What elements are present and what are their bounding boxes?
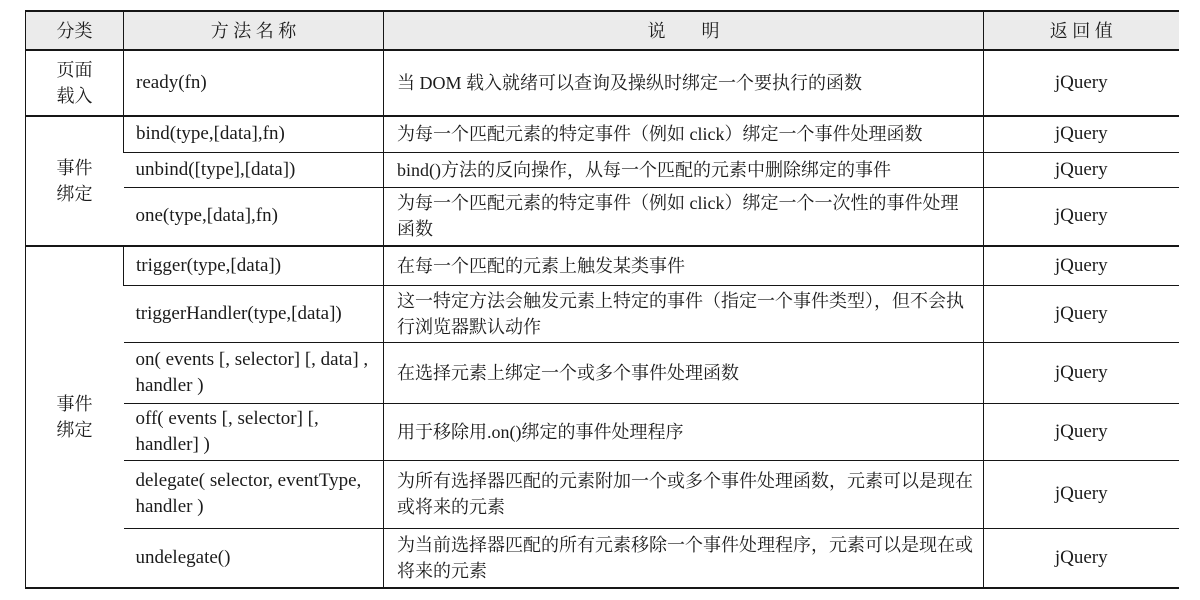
method-cell: one(type,[data],fn)	[124, 187, 384, 246]
method-cell: delegate( selector, eventType, handler )	[124, 460, 384, 528]
table-row: unbind([type],[data]) bind()方法的反向操作，从每一个…	[26, 152, 1179, 187]
table-row: one(type,[data],fn) 为每一个匹配元素的特定事件（例如 cli…	[26, 187, 1179, 246]
header-category: 分类	[26, 11, 124, 50]
category-cell: 页面 载入	[26, 50, 124, 116]
table-row: on( events [, selector] [, data] , handl…	[26, 342, 1179, 403]
description-cell: 用于移除用.on()绑定的事件处理程序	[384, 403, 984, 460]
description-cell: 在每一个匹配的元素上触发某类事件	[384, 246, 984, 285]
table-row: 页面 载入 ready(fn) 当 DOM 载入就绪可以查询及操纵时绑定一个要执…	[26, 50, 1179, 116]
method-cell: triggerHandler(type,[data])	[124, 285, 384, 342]
method-cell: bind(type,[data],fn)	[124, 116, 384, 152]
table-row: 事件 绑定 bind(type,[data],fn) 为每一个匹配元素的特定事件…	[26, 116, 1179, 152]
description-cell: bind()方法的反向操作，从每一个匹配的元素中删除绑定的事件	[384, 152, 984, 187]
description-cell: 为所有选择器匹配的元素附加一个或多个事件处理函数，元素可以是现在或将来的元素	[384, 460, 984, 528]
description-cell: 为每一个匹配元素的特定事件（例如 click）绑定一个事件处理函数	[384, 116, 984, 152]
method-cell: trigger(type,[data])	[124, 246, 384, 285]
returns-cell: jQuery	[984, 187, 1179, 246]
returns-cell: jQuery	[984, 528, 1179, 588]
returns-cell: jQuery	[984, 152, 1179, 187]
header-method: 方 法 名 称	[124, 11, 384, 50]
description-cell: 为当前选择器匹配的所有元素移除一个事件处理程序，元素可以是现在或将来的元素	[384, 528, 984, 588]
method-cell: unbind([type],[data])	[124, 152, 384, 187]
jquery-event-methods-table: 分类 方 法 名 称 说 明 返 回 值 页面 载入 ready(fn) 当 D…	[25, 10, 1179, 589]
table-row: delegate( selector, eventType, handler )…	[26, 460, 1179, 528]
category-cell: 事件 绑定	[26, 246, 124, 588]
table-row: triggerHandler(type,[data]) 这一特定方法会触发元素上…	[26, 285, 1179, 342]
table-row: off( events [, selector] [, handler] ) 用…	[26, 403, 1179, 460]
method-cell: off( events [, selector] [, handler] )	[124, 403, 384, 460]
returns-cell: jQuery	[984, 285, 1179, 342]
header-description: 说 明	[384, 11, 984, 50]
returns-cell: jQuery	[984, 342, 1179, 403]
returns-cell: jQuery	[984, 246, 1179, 285]
method-cell: on( events [, selector] [, data] , handl…	[124, 342, 384, 403]
method-cell: ready(fn)	[124, 50, 384, 116]
returns-cell: jQuery	[984, 460, 1179, 528]
description-cell: 为每一个匹配元素的特定事件（例如 click）绑定一个一次性的事件处理函数	[384, 187, 984, 246]
method-cell: undelegate()	[124, 528, 384, 588]
returns-cell: jQuery	[984, 116, 1179, 152]
header-row: 分类 方 法 名 称 说 明 返 回 值	[26, 11, 1179, 50]
table-row: undelegate() 为当前选择器匹配的所有元素移除一个事件处理程序，元素可…	[26, 528, 1179, 588]
description-cell: 在选择元素上绑定一个或多个事件处理函数	[384, 342, 984, 403]
category-cell: 事件 绑定	[26, 116, 124, 246]
description-cell: 当 DOM 载入就绪可以查询及操纵时绑定一个要执行的函数	[384, 50, 984, 116]
scanned-table-page: 分类 方 法 名 称 说 明 返 回 值 页面 载入 ready(fn) 当 D…	[0, 0, 1200, 600]
returns-cell: jQuery	[984, 50, 1179, 116]
description-cell: 这一特定方法会触发元素上特定的事件（指定一个事件类型），但不会执行浏览器默认动作	[384, 285, 984, 342]
table-row: 事件 绑定 trigger(type,[data]) 在每一个匹配的元素上触发某…	[26, 246, 1179, 285]
returns-cell: jQuery	[984, 403, 1179, 460]
header-returns: 返 回 值	[984, 11, 1179, 50]
